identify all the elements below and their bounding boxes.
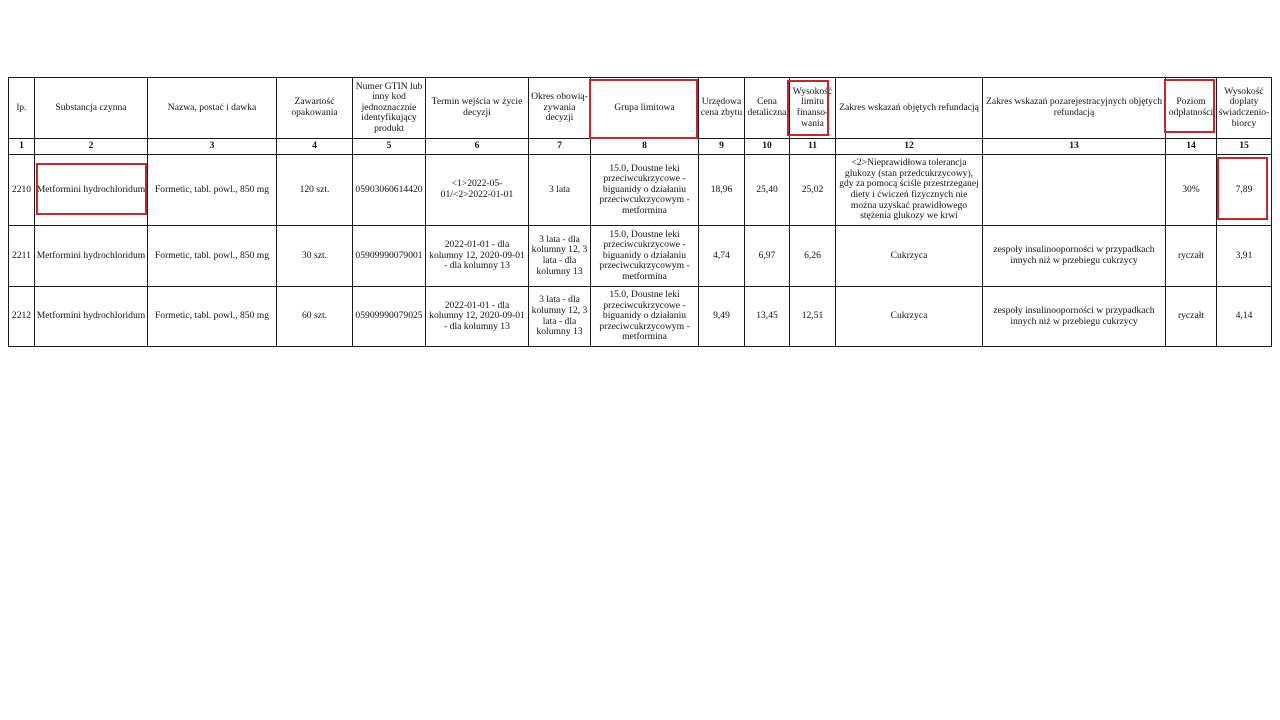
header-nazwa: Nazwa, postać i dawka: [148, 78, 277, 139]
cell-wskazania: <2>Nieprawidłowa tolerancja glukozy (sta…: [836, 155, 983, 226]
column-number: 1: [9, 139, 35, 155]
cell-lp: 2211: [9, 226, 35, 287]
cell-doplata: 4,14: [1217, 287, 1272, 347]
cell-odplatnosc: ryczałt: [1166, 226, 1217, 287]
column-number: 11: [790, 139, 836, 155]
cell-odplatnosc: 30%: [1166, 155, 1217, 226]
table-row: 2210 Metformini hydrochloridum Formetic,…: [9, 155, 1272, 226]
header-limit: Wysokość limitu finanso-wania: [790, 78, 836, 139]
column-number: 6: [426, 139, 529, 155]
header-wskazania: Zakres wskazań objętych refundacją: [836, 78, 983, 139]
cell-cena-zbytu: 9,49: [699, 287, 745, 347]
cell-substancja: Metformini hydrochloridum: [35, 226, 148, 287]
column-number: 14: [1166, 139, 1217, 155]
column-number: 2: [35, 139, 148, 155]
table-row: 2212 Metformini hydrochloridum Formetic,…: [9, 287, 1272, 347]
cell-zawartosc: 60 szt.: [277, 287, 353, 347]
reimbursement-table: lp. Substancja czynna Nazwa, postać i da…: [8, 77, 1272, 347]
cell-wskazania: Cukrzyca: [836, 226, 983, 287]
column-number: 13: [983, 139, 1166, 155]
column-number: 12: [836, 139, 983, 155]
header-lp: lp.: [9, 78, 35, 139]
cell-substancja: Metformini hydrochloridum: [35, 287, 148, 347]
cell-termin: 2022-01-01 - dla kolumny 12, 2020-09-01 …: [426, 287, 529, 347]
cell-okres: 3 lata - dla kolumny 12, 3 lata - dla ko…: [529, 287, 591, 347]
cell-nazwa: Formetic, tabl. powl., 850 mg: [148, 155, 277, 226]
header-odplatnosc: Poziom odpłatności: [1166, 78, 1217, 139]
column-number: 8: [591, 139, 699, 155]
cell-termin: 2022-01-01 - dla kolumny 12, 2020-09-01 …: [426, 226, 529, 287]
cell-nazwa: Formetic, tabl. powl., 850 mg: [148, 287, 277, 347]
cell-zawartosc: 120 szt.: [277, 155, 353, 226]
header-substancja: Substancja czynna: [35, 78, 148, 139]
column-number-row: 1 2 3 4 5 6 7 8 9 10 11 12 13 14 15: [9, 139, 1272, 155]
column-number: 4: [277, 139, 353, 155]
cell-grupa: 15.0, Doustne leki przeciwcukrzycowe - b…: [591, 287, 699, 347]
cell-cena-detaliczna: 6,97: [745, 226, 790, 287]
cell-pozarejestracyjne: zespoły insulinooporności w przypadkach …: [983, 287, 1166, 347]
cell-cena-zbytu: 4,74: [699, 226, 745, 287]
cell-odplatnosc: ryczałt: [1166, 287, 1217, 347]
column-number: 3: [148, 139, 277, 155]
cell-nazwa: Formetic, tabl. powl., 850 mg: [148, 226, 277, 287]
header-doplata: Wysokość doplaty świadczenio-biorcy: [1217, 78, 1272, 139]
header-okres: Okres obowią-zywania decyzji: [529, 78, 591, 139]
cell-gtin: 05909990079025: [353, 287, 426, 347]
cell-pozarejestracyjne: [983, 155, 1166, 226]
cell-termin: <1>2022-05-01/<2>2022-01-01: [426, 155, 529, 226]
cell-cena-detaliczna: 25,40: [745, 155, 790, 226]
cell-lp: 2210: [9, 155, 35, 226]
cell-okres: 3 lata: [529, 155, 591, 226]
cell-grupa: 15.0, Doustne leki przeciwcukrzycowe - b…: [591, 155, 699, 226]
cell-grupa: 15.0, Doustne leki przeciwcukrzycowe - b…: [591, 226, 699, 287]
cell-limit: 25,02: [790, 155, 836, 226]
header-cena-zbytu: Urzędowa cena zbytu: [699, 78, 745, 139]
column-number: 9: [699, 139, 745, 155]
header-row: lp. Substancja czynna Nazwa, postać i da…: [9, 78, 1272, 139]
column-number: 15: [1217, 139, 1272, 155]
cell-gtin: 05909990079001: [353, 226, 426, 287]
cell-wskazania: Cukrzyca: [836, 287, 983, 347]
cell-limit: 12,51: [790, 287, 836, 347]
cell-doplata: 3,91: [1217, 226, 1272, 287]
cell-substancja: Metformini hydrochloridum: [35, 155, 148, 226]
cell-pozarejestracyjne: zespoły insulinooporności w przypadkach …: [983, 226, 1166, 287]
header-pozarejestracyjne: Zakres wskazań pozarejestracyjnych objęt…: [983, 78, 1166, 139]
cell-cena-detaliczna: 13,45: [745, 287, 790, 347]
cell-gtin: 05903060614420: [353, 155, 426, 226]
column-number: 5: [353, 139, 426, 155]
cell-doplata: 7,89: [1217, 155, 1272, 226]
cell-okres: 3 lata - dla kolumny 12, 3 lata - dla ko…: [529, 226, 591, 287]
cell-zawartosc: 30 szt.: [277, 226, 353, 287]
header-gtin: Numer GTIN lub inny kod jednoznacznie id…: [353, 78, 426, 139]
header-grupa-limitowa: Grupa limitowa: [591, 78, 699, 139]
cell-cena-zbytu: 18,96: [699, 155, 745, 226]
column-number: 10: [745, 139, 790, 155]
table-row: 2211 Metformini hydrochloridum Formetic,…: [9, 226, 1272, 287]
cell-limit: 6,26: [790, 226, 836, 287]
column-number: 7: [529, 139, 591, 155]
header-cena-detaliczna: Cena detaliczna: [745, 78, 790, 139]
cell-lp: 2212: [9, 287, 35, 347]
header-termin: Termin wejścia w życie decyzji: [426, 78, 529, 139]
header-zawartosc: Zawartość opakowania: [277, 78, 353, 139]
